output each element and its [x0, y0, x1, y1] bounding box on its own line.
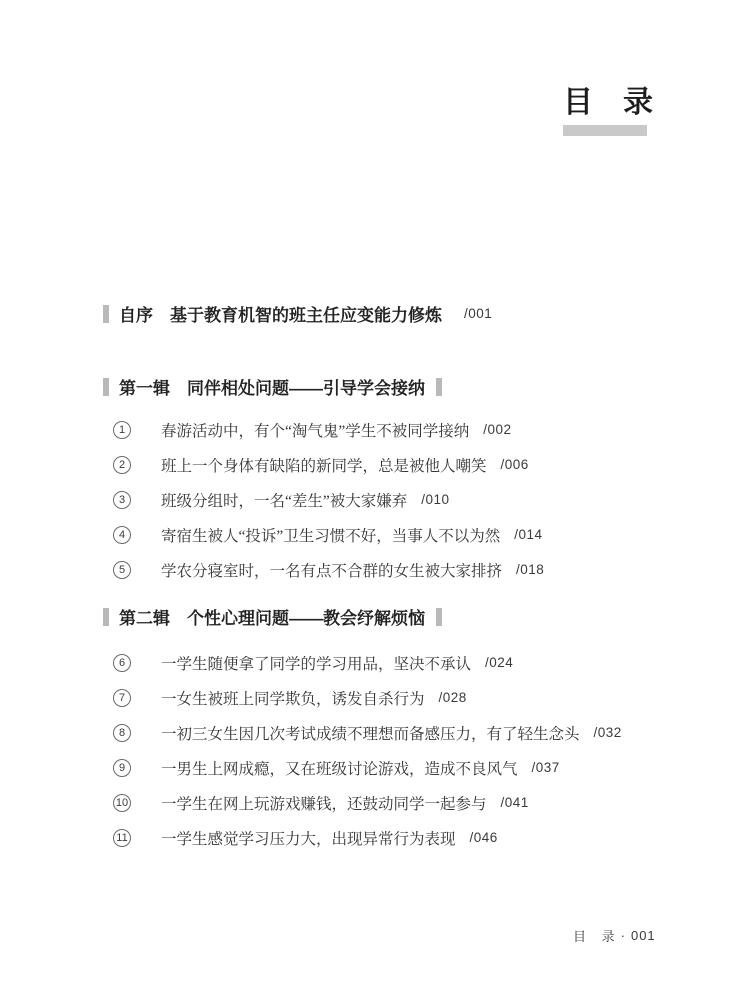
item-number-badge: 4 — [113, 526, 131, 544]
section-2-label: 第二辑 — [119, 604, 170, 629]
item-page-number: /010 — [421, 492, 449, 507]
preface-label: 自序 — [119, 301, 153, 326]
section-1-label: 第一辑 — [119, 374, 170, 399]
section-2-title: 个性心理问题——教会纾解烦恼 — [187, 604, 425, 629]
item-title: 一男生上网成瘾，又在班级讨论游戏，造成不良风气 — [161, 757, 518, 779]
item-page-number: /002 — [483, 422, 511, 437]
item-page-number: /032 — [594, 725, 622, 740]
item-number-badge: 9 — [113, 759, 131, 777]
section-2-left-bar — [103, 608, 109, 626]
item-page-number: /014 — [514, 527, 542, 542]
toc-item: 7 一女生被班上同学欺负，诱发自杀行为 /028 — [113, 680, 622, 715]
section-1-item-list: 1 春游活动中，有个“淘气鬼”学生不被同学接纳 /002 2 班上一个身体有缺陷… — [113, 412, 544, 587]
item-title: 一学生在网上玩游戏赚钱，还鼓动同学一起参与 — [161, 792, 487, 814]
toc-item: 1 春游活动中，有个“淘气鬼”学生不被同学接纳 /002 — [113, 412, 544, 447]
item-title: 寄宿生被人“投诉”卫生习惯不好，当事人不以为然 — [161, 524, 500, 546]
section-1-left-bar — [103, 378, 109, 396]
preface-page-number: /001 — [464, 306, 492, 321]
item-title: 一初三女生因几次考试成绩不理想而备感压力，有了轻生念头 — [161, 722, 580, 744]
toc-item: 10 一学生在网上玩游戏赚钱，还鼓动同学一起参与 /041 — [113, 785, 622, 820]
item-page-number: /018 — [516, 562, 544, 577]
section-1-right-bar — [436, 378, 442, 396]
section-1-title: 同伴相处问题——引导学会接纳 — [187, 374, 425, 399]
item-title: 班上一个身体有缺陷的新同学，总是被他人嘲笑 — [161, 454, 487, 476]
item-page-number: /006 — [501, 457, 529, 472]
preface-marker-bar — [103, 305, 109, 323]
toc-item: 8 一初三女生因几次考试成绩不理想而备感压力，有了轻生念头 /032 — [113, 715, 622, 750]
page-footer: 目 录 · 001 — [573, 926, 656, 945]
item-title: 一女生被班上同学欺负，诱发自杀行为 — [161, 687, 425, 709]
toc-item: 2 班上一个身体有缺陷的新同学，总是被他人嘲笑 /006 — [113, 447, 544, 482]
toc-item: 6 一学生随便拿了同学的学习用品，坚决不承认 /024 — [113, 645, 622, 680]
item-number-badge: 3 — [113, 491, 131, 509]
item-page-number: /041 — [501, 795, 529, 810]
section-2-item-list: 6 一学生随便拿了同学的学习用品，坚决不承认 /024 7 一女生被班上同学欺负… — [113, 645, 622, 855]
item-number-badge: 11 — [113, 829, 131, 847]
item-number-badge: 8 — [113, 724, 131, 742]
footer-page-number: 001 — [631, 928, 656, 943]
item-page-number: /028 — [439, 690, 467, 705]
item-number-badge: 6 — [113, 654, 131, 672]
toc-item: 4 寄宿生被人“投诉”卫生习惯不好，当事人不以为然 /014 — [113, 517, 544, 552]
toc-item: 5 学农分寝室时，一名有点不合群的女生被大家排挤 /018 — [113, 552, 544, 587]
item-title: 一学生随便拿了同学的学习用品，坚决不承认 — [161, 652, 471, 674]
item-number-badge: 7 — [113, 689, 131, 707]
item-page-number: /046 — [470, 830, 498, 845]
item-number-badge: 1 — [113, 421, 131, 439]
toc-item: 11 一学生感觉学习压力大，出现异常行为表现 /046 — [113, 820, 622, 855]
title-underline-bar — [563, 125, 647, 136]
item-page-number: /037 — [532, 760, 560, 775]
toc-item: 3 班级分组时，一名“差生”被大家嫌弃 /010 — [113, 482, 544, 517]
item-number-badge: 10 — [113, 794, 131, 812]
toc-item: 9 一男生上网成瘾，又在班级讨论游戏，造成不良风气 /037 — [113, 750, 622, 785]
section-2-right-bar — [436, 608, 442, 626]
item-number-badge: 5 — [113, 561, 131, 579]
page-title: 目 录 — [563, 86, 653, 119]
page-title-block: 目 录 — [563, 86, 653, 136]
section-header-1: 第一辑 同伴相处问题——引导学会接纳 — [103, 374, 442, 399]
section-header-2: 第二辑 个性心理问题——教会纾解烦恼 — [103, 604, 442, 629]
item-number-badge: 2 — [113, 456, 131, 474]
toc-page: 目 录 自序 基于教育机智的班主任应变能力修炼 /001 第一辑 同伴相处问题—… — [0, 0, 750, 1000]
item-title: 一学生感觉学习压力大，出现异常行为表现 — [161, 827, 456, 849]
item-title: 春游活动中，有个“淘气鬼”学生不被同学接纳 — [161, 419, 469, 441]
footer-section-label: 目 录 — [573, 926, 621, 945]
item-page-number: /024 — [485, 655, 513, 670]
item-title: 班级分组时，一名“差生”被大家嫌弃 — [161, 489, 407, 511]
footer-dot: · — [621, 928, 625, 943]
preface-title: 基于教育机智的班主任应变能力修炼 — [170, 301, 442, 326]
preface-entry: 自序 基于教育机智的班主任应变能力修炼 /001 — [103, 301, 492, 326]
item-title: 学农分寝室时，一名有点不合群的女生被大家排挤 — [161, 559, 502, 581]
